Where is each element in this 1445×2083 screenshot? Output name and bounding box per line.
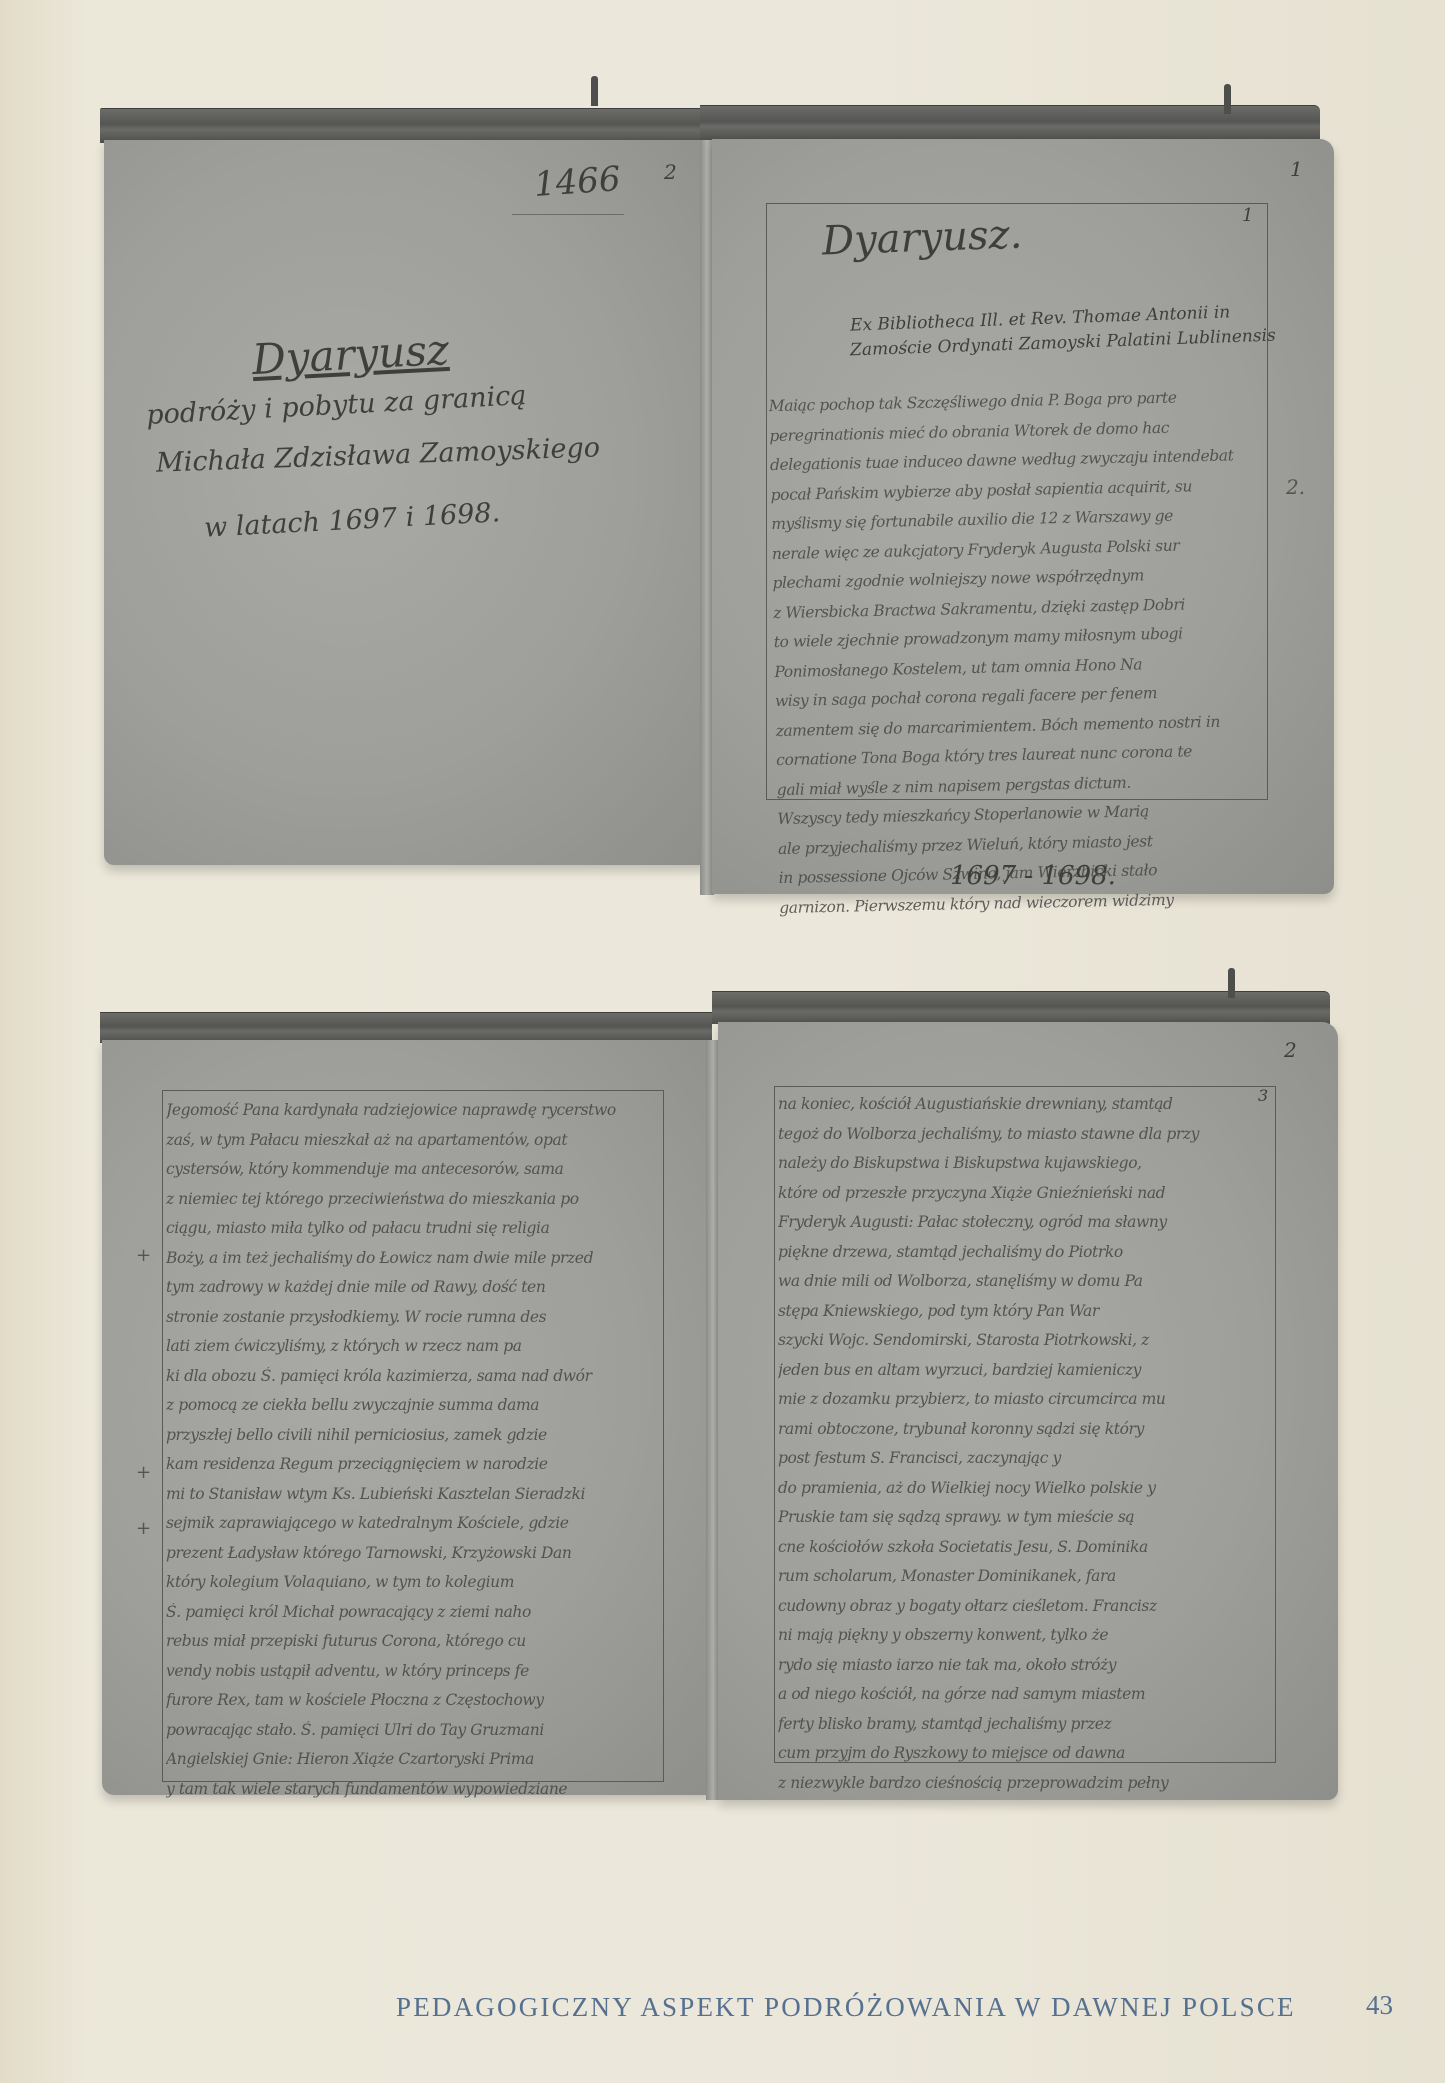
text-line: piękne drzewa, stamtąd jechaliśmy do Pio… [778, 1238, 1272, 1268]
text-line: Boży, a im też jechaliśmy do Łowicz nam … [166, 1244, 660, 1274]
text-line: z niemiec tej którego przeciwieństwa do … [166, 1185, 660, 1215]
text-line: należy do Biskupstwa i Biskupstwa kujaws… [778, 1149, 1272, 1179]
shelfmark-underline [512, 214, 624, 215]
manuscript-page-right-top: 1 1 Dyaryusz. Ex Bibliotheca Ill. et Rev… [712, 139, 1334, 894]
text-line: jeden bus en altam wyrzuci, bardziej kam… [778, 1356, 1272, 1386]
text-line: y tam tak wiele starych fundamentów wypo… [166, 1775, 660, 1805]
text-line: ni mają piękny y obszerny konwent, tylko… [778, 1621, 1272, 1651]
text-line: kam residenza Regum przeciągnięciem w na… [166, 1450, 660, 1480]
page-title: Dyaryusz. [821, 212, 1023, 265]
text-line: który kolegium Volaquiano, w tym to kole… [166, 1568, 660, 1598]
cover-title: Dyaryusz [251, 325, 450, 384]
margin-cross-mark: + [136, 1245, 151, 1266]
manuscript-text-block: Maiąc pochop tak Szczęśliwego dnia P. Bo… [768, 382, 1265, 923]
text-line: vendy nobis ustąpił adventu, w który pri… [166, 1657, 660, 1687]
text-line: ferty blisko bramy, stamtąd jechaliśmy p… [778, 1710, 1272, 1740]
corner-mark: 2 [664, 160, 677, 184]
margin-cross-mark: + [136, 1462, 151, 1483]
text-line: przyszłej bello civili nihil perniciosiu… [166, 1421, 660, 1451]
corner-mark: 2 [1284, 1038, 1297, 1062]
manuscript-page-left-top: 1466 2 Dyaryusz podróży i pobytu za gran… [104, 140, 708, 865]
margin-cross-mark: + [136, 1518, 151, 1539]
text-line: mie z dozamku przybierz, to miasto circu… [778, 1385, 1272, 1415]
text-line: Jegomość Pana kardynała radziejowice nap… [166, 1096, 660, 1126]
binding-strip [100, 108, 700, 143]
running-footer-title: PEDAGOGICZNY ASPEKT PODRÓŻOWANIA W DAWNE… [396, 1992, 1296, 2023]
text-line: do pramienia, aż do Wielkiej nocy Wielko… [778, 1474, 1272, 1504]
text-line: rami obtoczone, trybunał koronny sądzi s… [778, 1415, 1272, 1445]
text-line: Ś. pamięci król Michał powracający z zie… [166, 1598, 660, 1628]
ribbon-tab [1224, 84, 1231, 114]
text-line: Pruskie tam się sądzą sprawy. w tym mieś… [778, 1503, 1272, 1533]
cover-subtitle-line-3: w latach 1697 i 1698. [203, 497, 500, 543]
ribbon-tab [1228, 968, 1235, 998]
text-line: furore Rex, tam w kościele Płoczna z Czę… [166, 1686, 660, 1716]
shelfmark: 1466 [533, 159, 622, 205]
text-line: cne kościołów szkoła Societatis Jesu, S.… [778, 1533, 1272, 1563]
text-line: stronie zostanie przysłodkiemy. W rocie … [166, 1303, 660, 1333]
text-line: wa dnie mili od Wolborza, stanęliśmy w d… [778, 1267, 1272, 1297]
text-line: z pomocą ze ciekła bellu zwyczajnie summ… [166, 1391, 660, 1421]
text-line: prezent Ładysław którego Tarnowski, Krzy… [166, 1539, 660, 1569]
date-below-frame: 1697 - 1698. [950, 861, 1116, 891]
text-line: ciągu, miasto miła tylko od pałacu trudn… [166, 1214, 660, 1244]
text-line: rum scholarum, Monaster Dominikanek, far… [778, 1562, 1272, 1592]
text-line: post festum S. Francisci, zaczynając y [778, 1444, 1272, 1474]
text-line: Fryderyk Augusti: Pałac stołeczny, ogród… [778, 1208, 1272, 1238]
text-line: cystersów, który kommenduje ma antecesor… [166, 1155, 660, 1185]
text-line: szycki Wojc. Sendomirski, Starosta Piotr… [778, 1326, 1272, 1356]
manuscript-page-left-bottom: Jegomość Pana kardynała radziejowice nap… [102, 1040, 714, 1795]
text-line: z niezwykle bardzo cieśnością przeprowad… [778, 1769, 1272, 1799]
binding-strip [712, 991, 1330, 1024]
text-line: stępa Kniewskiego, pod tym który Pan War [778, 1297, 1272, 1327]
text-line: które od przeszłe przyczyna Xiąże Gnieźn… [778, 1179, 1272, 1209]
text-line: rebus miał przepiski futurus Corona, któ… [166, 1627, 660, 1657]
cover-subtitle-line-1: podróży i pobytu za granicą [145, 380, 527, 431]
text-line: tym zadrowy w każdej dnie mile od Rawy, … [166, 1273, 660, 1303]
text-line: powracając stało. Ś. pamięci Ulri do Tay… [166, 1716, 660, 1746]
manuscript-page-right-bottom: 2 3 na koniec, kościół Augustiańskie dre… [718, 1022, 1338, 1800]
page-number: 43 [1366, 1990, 1393, 2021]
text-line: mi to Stanisław wtym Ks. Lubieński Kaszt… [166, 1480, 660, 1510]
text-line: lati ziem ćwiczyliśmy, z których w rzecz… [166, 1332, 660, 1362]
text-line: zaś, w tym Pałacu mieszkał aż na apartam… [166, 1126, 660, 1156]
text-line: sejmik zaprawiającego w katedralnym Kośc… [166, 1509, 660, 1539]
folio-mark: 1 [1242, 205, 1253, 226]
text-line: tegoż do Wolborza jechaliśmy, to miasto … [778, 1120, 1272, 1150]
corner-mark: 1 [1290, 157, 1303, 181]
binding-strip [100, 1012, 712, 1043]
margin-note: 2. [1286, 475, 1305, 499]
text-line: cum przyjm do Ryszkowy to miejsce od daw… [778, 1739, 1272, 1769]
text-line: rydo się miasto iarzo nie tak ma, około … [778, 1651, 1272, 1681]
text-line: ki dla obozu Ś. pamięci króla kazimierza… [166, 1362, 660, 1392]
text-line: cudowny obraz y bogaty ołtarz cieśletom.… [778, 1592, 1272, 1622]
cover-subtitle-line-2: Michała Zdzisława Zamoyskiego [156, 432, 601, 478]
manuscript-text-block: Jegomość Pana kardynała radziejowice nap… [166, 1096, 660, 1804]
text-line: a od niego kościół, na górze nad samym m… [778, 1680, 1272, 1710]
ribbon-tab [591, 76, 598, 106]
text-line: na koniec, kościół Augustiańskie drewnia… [778, 1090, 1272, 1120]
manuscript-text-block: na koniec, kościół Augustiańskie drewnia… [778, 1090, 1272, 1798]
text-line: Angielskiej Gnie: Hieron Xiąże Czartorys… [166, 1745, 660, 1775]
